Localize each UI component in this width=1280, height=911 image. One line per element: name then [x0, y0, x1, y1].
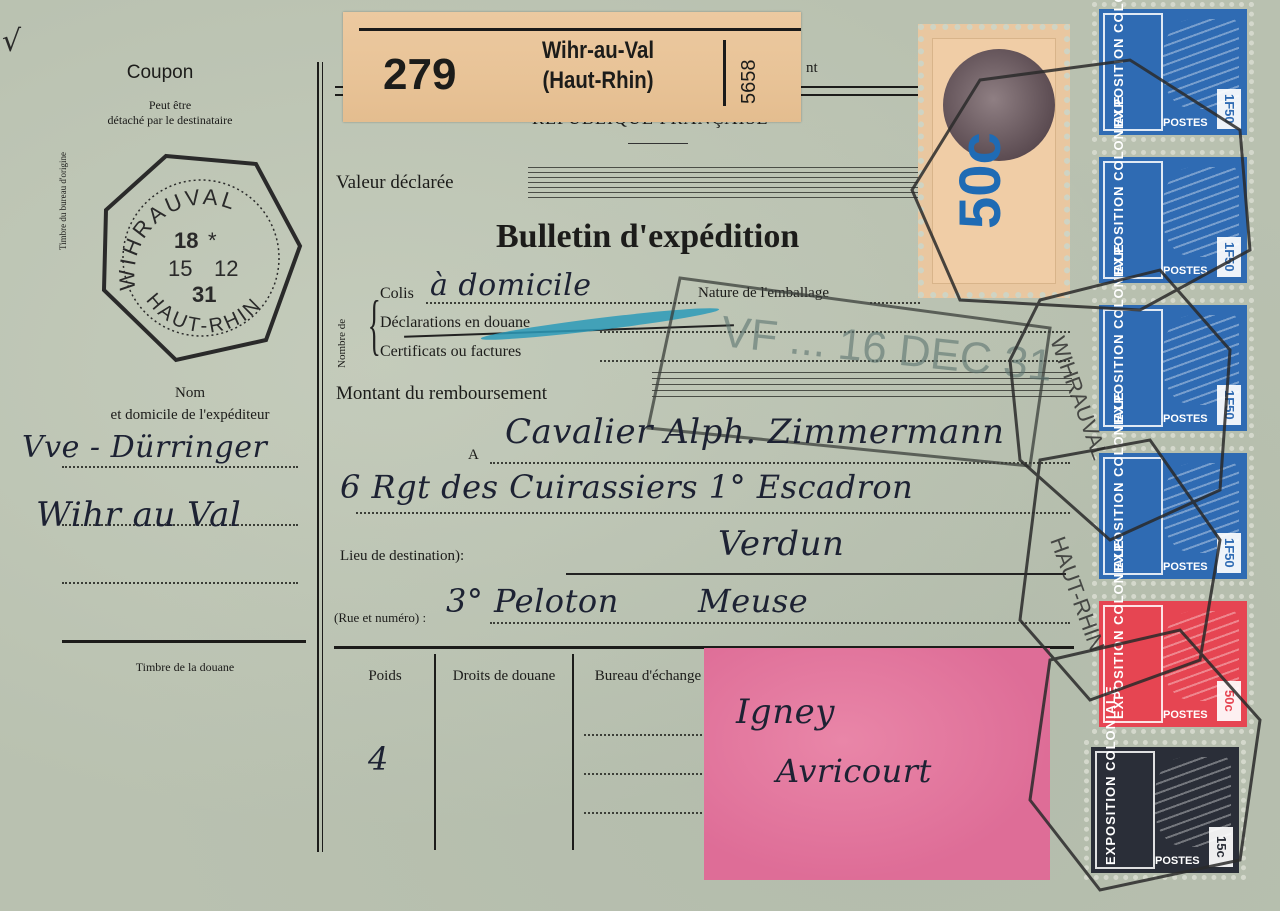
parcel-number: 279	[383, 50, 456, 100]
exchange-line-2	[584, 773, 706, 775]
origin-office: Wihr-au-Val (Haut-Rhin)	[509, 36, 688, 96]
origin-stamp-label: Timbre du bureau d'origine	[58, 152, 68, 250]
row-colis: Colis	[380, 285, 414, 303]
stamp-caption: EXPOSITION COLONIALE	[1103, 685, 1118, 865]
recipient-unit: 6 Rgt des Cuirassiers 1° Escadron	[340, 468, 913, 506]
stamp-face: EXPOSITION COLONIALEPOSTES15c	[1091, 747, 1239, 873]
hexagonal-postmark: WIHRAUVAL HAUT-RHIN 18 * 15 12 31	[96, 150, 306, 365]
header-fragment: nt	[806, 60, 818, 77]
postmark-year: 31	[192, 282, 216, 307]
declared-value-label: Valeur déclarée	[336, 172, 454, 194]
colis-handwritten: à domicile	[430, 268, 591, 303]
table-col-divider-1	[434, 654, 436, 850]
coupon-divider	[62, 640, 306, 643]
origin-office-name: Wihr-au-Val	[509, 36, 688, 66]
sender-name: Vve - Dürringer	[22, 430, 267, 465]
cod-label: Montant du remboursement	[336, 383, 547, 405]
sender-heading: Nom et domicile de l'expéditeur	[60, 382, 320, 426]
street-label: (Rue et numéro) :	[334, 610, 426, 626]
coupon-subtitle-line2: détaché par le destinataire	[50, 113, 290, 128]
office-code: 5658	[738, 60, 761, 105]
brace: {	[368, 290, 381, 358]
table-col-divider-2	[572, 654, 574, 850]
exchange-line-1	[584, 734, 706, 736]
coupon-subtitle: Peut être détaché par le destinataire	[50, 98, 290, 128]
recipient-name: Cavalier Alph. Zimmermann	[505, 412, 1005, 452]
destination-label: Lieu de destination):	[340, 548, 464, 565]
department-value: Meuse	[698, 582, 808, 620]
customs-stamp-label: Timbre de la douane	[60, 660, 310, 675]
stamp-denomination: 1F50	[1217, 237, 1241, 277]
stamp-country: POSTES	[1163, 709, 1208, 721]
stamp-country: POSTES	[1163, 117, 1208, 129]
fiscal-stamp-value: 50c	[947, 132, 1014, 229]
postage-stamp: EXPOSITION COLONIALEPOSTES15c	[1084, 740, 1246, 880]
republic-underline	[628, 143, 688, 144]
stamp-denomination: 1F50	[1217, 533, 1241, 573]
col-header-weight: Poids	[340, 664, 430, 688]
exchange-line-3	[584, 812, 706, 814]
transit-stamp-text: VF ... 16 DEC 31	[719, 307, 1055, 390]
declared-value-field	[528, 167, 928, 199]
street-field	[490, 622, 1070, 624]
stamp-face: EXPOSITION COLONIALEPOSTES50c	[1099, 601, 1247, 727]
postmark-month: 12	[214, 256, 238, 281]
row-certificates: Certificats ou factures	[380, 343, 521, 361]
stamp-denomination: 1F50	[1217, 385, 1241, 425]
stamp-denomination: 15c	[1209, 827, 1233, 867]
sender-heading-line2: et domicile de l'expéditeur	[60, 404, 320, 426]
label-top-rule	[359, 28, 801, 31]
recipient-line-2	[356, 512, 1070, 514]
parcel-number-label: 279 Wihr-au-Val (Haut-Rhin) 5658	[343, 12, 801, 122]
stamp-country: POSTES	[1155, 855, 1200, 867]
sender-heading-line1: Nom	[60, 382, 320, 404]
parcel-dispatch-form: √ Coupon Peut être détaché par le destin…	[0, 0, 1280, 911]
col-header-duties: Droits de douane	[448, 664, 560, 688]
fiscal-stamp: 50c	[918, 24, 1070, 298]
count-label: Nombre de	[336, 319, 348, 368]
row-declarations: Déclarations en douane	[380, 314, 530, 332]
origin-office-department: (Haut-Rhin)	[509, 66, 688, 96]
sender-line-1	[62, 466, 298, 468]
weight-value: 4	[368, 740, 389, 778]
svg-text:*: *	[208, 228, 217, 253]
sender-line-3	[62, 582, 298, 584]
recipient-prefix: A	[468, 447, 479, 464]
stamp-country: POSTES	[1163, 561, 1208, 573]
label-divider	[723, 40, 726, 106]
exchange-office-line1: Igney	[736, 692, 835, 732]
margin-check-mark: √	[2, 24, 21, 59]
destination-rule	[566, 573, 1066, 575]
stamp-denomination: 1F50	[1217, 89, 1241, 129]
sender-town: Wihr au Val	[36, 495, 241, 535]
stamp-country: POSTES	[1163, 413, 1208, 425]
col-header-exchange-office: Bureau d'échange	[586, 664, 710, 688]
fiscal-stamp-frame: 50c	[932, 38, 1056, 284]
coupon-separator-right	[322, 62, 323, 852]
coupon-separator-left	[317, 62, 319, 852]
exchange-office-line2: Avricourt	[776, 752, 932, 790]
stamp-denomination: 50c	[1217, 681, 1241, 721]
postmark-day: 15	[168, 256, 192, 281]
postmark-time: 18	[174, 228, 198, 253]
stamp-country: POSTES	[1163, 265, 1208, 277]
coupon-title: Coupon	[100, 62, 220, 84]
recipient-line-1	[490, 462, 1070, 464]
destination-value: Verdun	[718, 524, 844, 564]
street-value: 3° Peloton	[446, 582, 619, 620]
form-title: Bulletin d'expédition	[496, 218, 799, 256]
coupon-subtitle-line1: Peut être	[50, 98, 290, 113]
